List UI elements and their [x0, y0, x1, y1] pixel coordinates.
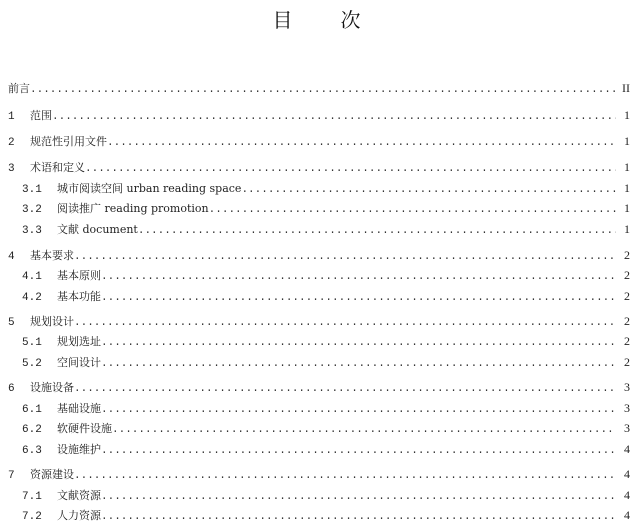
title-char-1: 目	[273, 4, 293, 33]
toc-entry-page: 1	[616, 180, 630, 196]
toc-entry-number: 4.2	[22, 290, 57, 306]
toc-entry-title: 范围	[30, 108, 52, 124]
toc-entry[interactable]: 3 术语和定义 1	[0, 159, 630, 175]
dot-leader	[101, 269, 616, 285]
toc-entry-page: 2	[616, 288, 630, 304]
dot-leader	[138, 223, 616, 239]
toc-entry-title: 城市阅读空间 urban reading space	[57, 181, 241, 197]
dot-leader	[74, 381, 616, 397]
toc-entry-page: 4	[616, 507, 630, 523]
toc-entry-page: 1	[616, 159, 630, 175]
toc-entry-title: 资源建设	[30, 467, 74, 483]
toc-entry-title: 软硬件设施	[57, 421, 112, 437]
toc-entry-number: 1	[8, 109, 30, 125]
dot-leader	[74, 249, 616, 265]
toc-entry-title: 人力资源	[57, 508, 101, 524]
dot-leader	[85, 161, 616, 177]
toc-entry-title: 设施设备	[30, 380, 74, 396]
toc-entry-number: 5	[8, 315, 30, 331]
page-title: 目次	[0, 4, 633, 33]
toc-entry-number: 7	[8, 468, 30, 484]
toc-entry-title: 规划设计	[30, 314, 74, 330]
toc-entry-page: 3	[616, 379, 630, 395]
toc-entry-title: 基础设施	[57, 401, 101, 417]
toc-entry-page: 1	[616, 133, 630, 149]
toc-entry-page: 1	[616, 221, 630, 237]
toc-entry-number: 4	[8, 249, 30, 265]
toc-entry-title: 文献 document	[57, 222, 138, 238]
toc-entry-page: 4	[616, 441, 630, 457]
toc-entry-page: 1	[616, 200, 630, 216]
toc-entry-title: 规划选址	[57, 334, 101, 350]
dot-leader	[101, 489, 616, 505]
dot-leader	[74, 315, 616, 331]
toc-entry[interactable]: 6.2 软硬件设施 3	[0, 420, 630, 436]
dot-leader	[101, 335, 616, 351]
toc-entry[interactable]: 6 设施设备 3	[0, 379, 630, 395]
toc-entry-number: 5.1	[22, 335, 57, 351]
toc-entry[interactable]: 1 范围 1	[0, 107, 630, 123]
dot-leader	[241, 182, 616, 198]
toc-entry-number: 6	[8, 381, 30, 397]
toc-entry[interactable]: 5.2 空间设计 2	[0, 354, 630, 370]
toc-entry[interactable]: 3.2 阅读推广 reading promotion 1	[0, 200, 630, 216]
toc-entry-page: II	[616, 80, 630, 96]
toc-entry-number: 6.2	[22, 422, 57, 438]
toc-entry-number: 5.2	[22, 356, 57, 372]
toc-entry[interactable]: 4.2 基本功能 2	[0, 288, 630, 304]
toc-entry[interactable]: 6.3 设施维护 4	[0, 441, 630, 457]
dot-leader	[74, 468, 616, 484]
title-char-2: 次	[341, 4, 361, 33]
dot-leader	[101, 443, 616, 459]
toc-entry-title: 前言	[8, 81, 30, 97]
toc-entry-number: 7.2	[22, 509, 57, 525]
toc-entry[interactable]: 3.3 文献 document 1	[0, 221, 630, 237]
toc-entry[interactable]: 7.1 文献资源 4	[0, 487, 630, 503]
toc-entry-number: 6.3	[22, 443, 57, 459]
toc-entry[interactable]: 3.1 城市阅读空间 urban reading space 1	[0, 180, 630, 196]
toc-entry-page: 1	[616, 107, 630, 123]
toc-entry-number: 6.1	[22, 402, 57, 418]
toc-entry-page: 3	[616, 420, 630, 436]
dot-leader	[209, 202, 616, 218]
dot-leader	[112, 422, 616, 438]
toc-entry[interactable]: 5 规划设计 2	[0, 313, 630, 329]
toc-entry-number: 3.3	[22, 223, 57, 239]
toc-entry-number: 7.1	[22, 489, 57, 505]
toc-entry-page: 4	[616, 466, 630, 482]
toc-entry-page: 2	[616, 354, 630, 370]
toc-entry[interactable]: 7.2 人力资源 4	[0, 507, 630, 523]
toc-entry-number: 3	[8, 161, 30, 177]
toc-entry-title: 空间设计	[57, 355, 101, 371]
toc-entry-page: 4	[616, 487, 630, 503]
toc-entry[interactable]: 4 基本要求 2	[0, 247, 630, 263]
toc-entry-title: 规范性引用文件	[30, 134, 107, 150]
toc-entry[interactable]: 6.1 基础设施 3	[0, 400, 630, 416]
dot-leader	[101, 290, 616, 306]
toc-entry-title: 文献资源	[57, 488, 101, 504]
dot-leader	[107, 135, 616, 151]
toc-entry-title: 基本原则	[57, 268, 101, 284]
toc-entry[interactable]: 7 资源建设 4	[0, 466, 630, 482]
toc-entry-number: 3.2	[22, 202, 57, 218]
toc-entry-page: 3	[616, 400, 630, 416]
dot-leader	[101, 402, 616, 418]
dot-leader	[101, 356, 616, 372]
toc-entry-title: 设施维护	[57, 442, 101, 458]
toc-entry-page: 2	[616, 333, 630, 349]
toc-entry-title: 阅读推广 reading promotion	[57, 201, 209, 217]
toc-entry-number: 2	[8, 135, 30, 151]
toc-entry[interactable]: 前言 II	[0, 80, 630, 96]
toc-entry-number: 3.1	[22, 182, 57, 198]
toc-entry-title: 术语和定义	[30, 160, 85, 176]
toc-entry-title: 基本要求	[30, 248, 74, 264]
toc-entry-number: 4.1	[22, 269, 57, 285]
toc-entry[interactable]: 2 规范性引用文件 1	[0, 133, 630, 149]
toc-entry-page: 2	[616, 313, 630, 329]
dot-leader	[30, 82, 616, 98]
dot-leader	[101, 509, 616, 525]
dot-leader	[52, 109, 616, 125]
toc-entry-page: 2	[616, 247, 630, 263]
toc-entry-page: 2	[616, 267, 630, 283]
toc-entry[interactable]: 4.1 基本原则 2	[0, 267, 630, 283]
toc-entry-title: 基本功能	[57, 289, 101, 305]
toc-entry[interactable]: 5.1 规划选址 2	[0, 333, 630, 349]
